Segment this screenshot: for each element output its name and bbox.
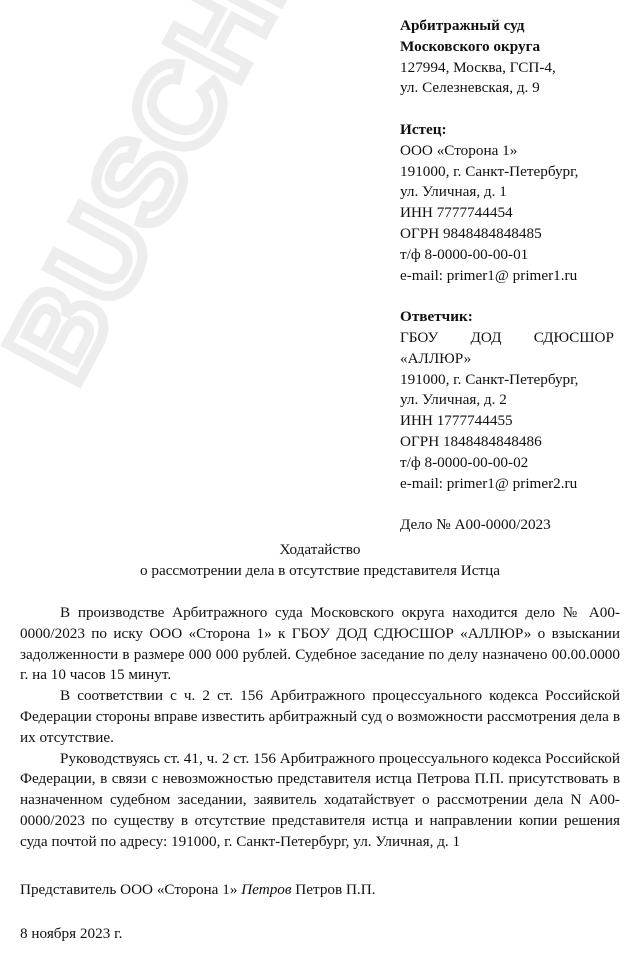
defendant-email: e-mail: primer1@ primer2.ru xyxy=(400,474,620,495)
title-main: Ходатайство xyxy=(20,540,620,561)
signature-line: Представитель ООО «Сторона 1» Петров Пет… xyxy=(20,880,376,901)
defendant-phone: т/ф 8-0000-00-00-02 xyxy=(400,453,620,474)
paragraph: Руководствуясь ст. 41, ч. 2 ст. 156 Арби… xyxy=(20,749,620,853)
defendant-name-part: СДЮСШОР xyxy=(534,328,614,349)
document-body: В производстве Арбитражного суда Московс… xyxy=(20,603,620,853)
plaintiff-address1: 191000, г. Санкт-Петербург, xyxy=(400,162,620,183)
defendant-ogrn: ОГРН 1848484848486 xyxy=(400,432,620,453)
paragraph: В соответствии с ч. 2 ст. 156 Арбитражно… xyxy=(20,686,620,748)
court-address-line1: 127994, Москва, ГСП-4, xyxy=(400,58,620,79)
defendant-name-line1: ГБОУ ДОД СДЮСШОР xyxy=(400,328,614,349)
plaintiff-name: ООО «Сторона 1» xyxy=(400,141,620,162)
handwritten-signature: Петров xyxy=(241,881,291,898)
defendant-name-part: ДОД xyxy=(471,328,502,349)
defendant-name-part: ГБОУ xyxy=(400,328,438,349)
plaintiff-inn: ИНН 7777744454 xyxy=(400,203,620,224)
title-sub: о рассмотрении дела в отсутствие предста… xyxy=(20,561,620,582)
addressee-block: Арбитражный суд Московского округа 12799… xyxy=(400,16,620,536)
defendant-inn: ИНН 1777744455 xyxy=(400,411,620,432)
defendant-label: Ответчик: xyxy=(400,307,620,328)
defendant-address2: ул. Уличная, д. 2 xyxy=(400,390,620,411)
plaintiff-ogrn: ОГРН 9848484848485 xyxy=(400,224,620,245)
plaintiff-label: Истец: xyxy=(400,120,620,141)
document-date: 8 ноября 2023 г. xyxy=(20,924,122,945)
signature-prefix: Представитель ООО «Сторона 1» xyxy=(20,881,237,898)
case-number: Дело № А00-0000/2023 xyxy=(400,515,620,536)
plaintiff-address2: ул. Уличная, д. 1 xyxy=(400,182,620,203)
defendant-name-line2: «АЛЛЮР» xyxy=(400,349,620,370)
document-title: Ходатайство о рассмотрении дела в отсутс… xyxy=(20,540,620,582)
signer-name: Петров П.П. xyxy=(295,881,375,898)
plaintiff-phone: т/ф 8-0000-00-00-01 xyxy=(400,245,620,266)
defendant-address1: 191000, г. Санкт-Петербург, xyxy=(400,370,620,391)
court-name-line1: Арбитражный суд xyxy=(400,16,620,37)
court-name-line2: Московского округа xyxy=(400,37,620,58)
court-address-line2: ул. Селезневская, д. 9 xyxy=(400,78,620,99)
plaintiff-email: e-mail: primer1@ primer1.ru xyxy=(400,266,620,287)
paragraph: В производстве Арбитражного суда Московс… xyxy=(20,603,620,686)
